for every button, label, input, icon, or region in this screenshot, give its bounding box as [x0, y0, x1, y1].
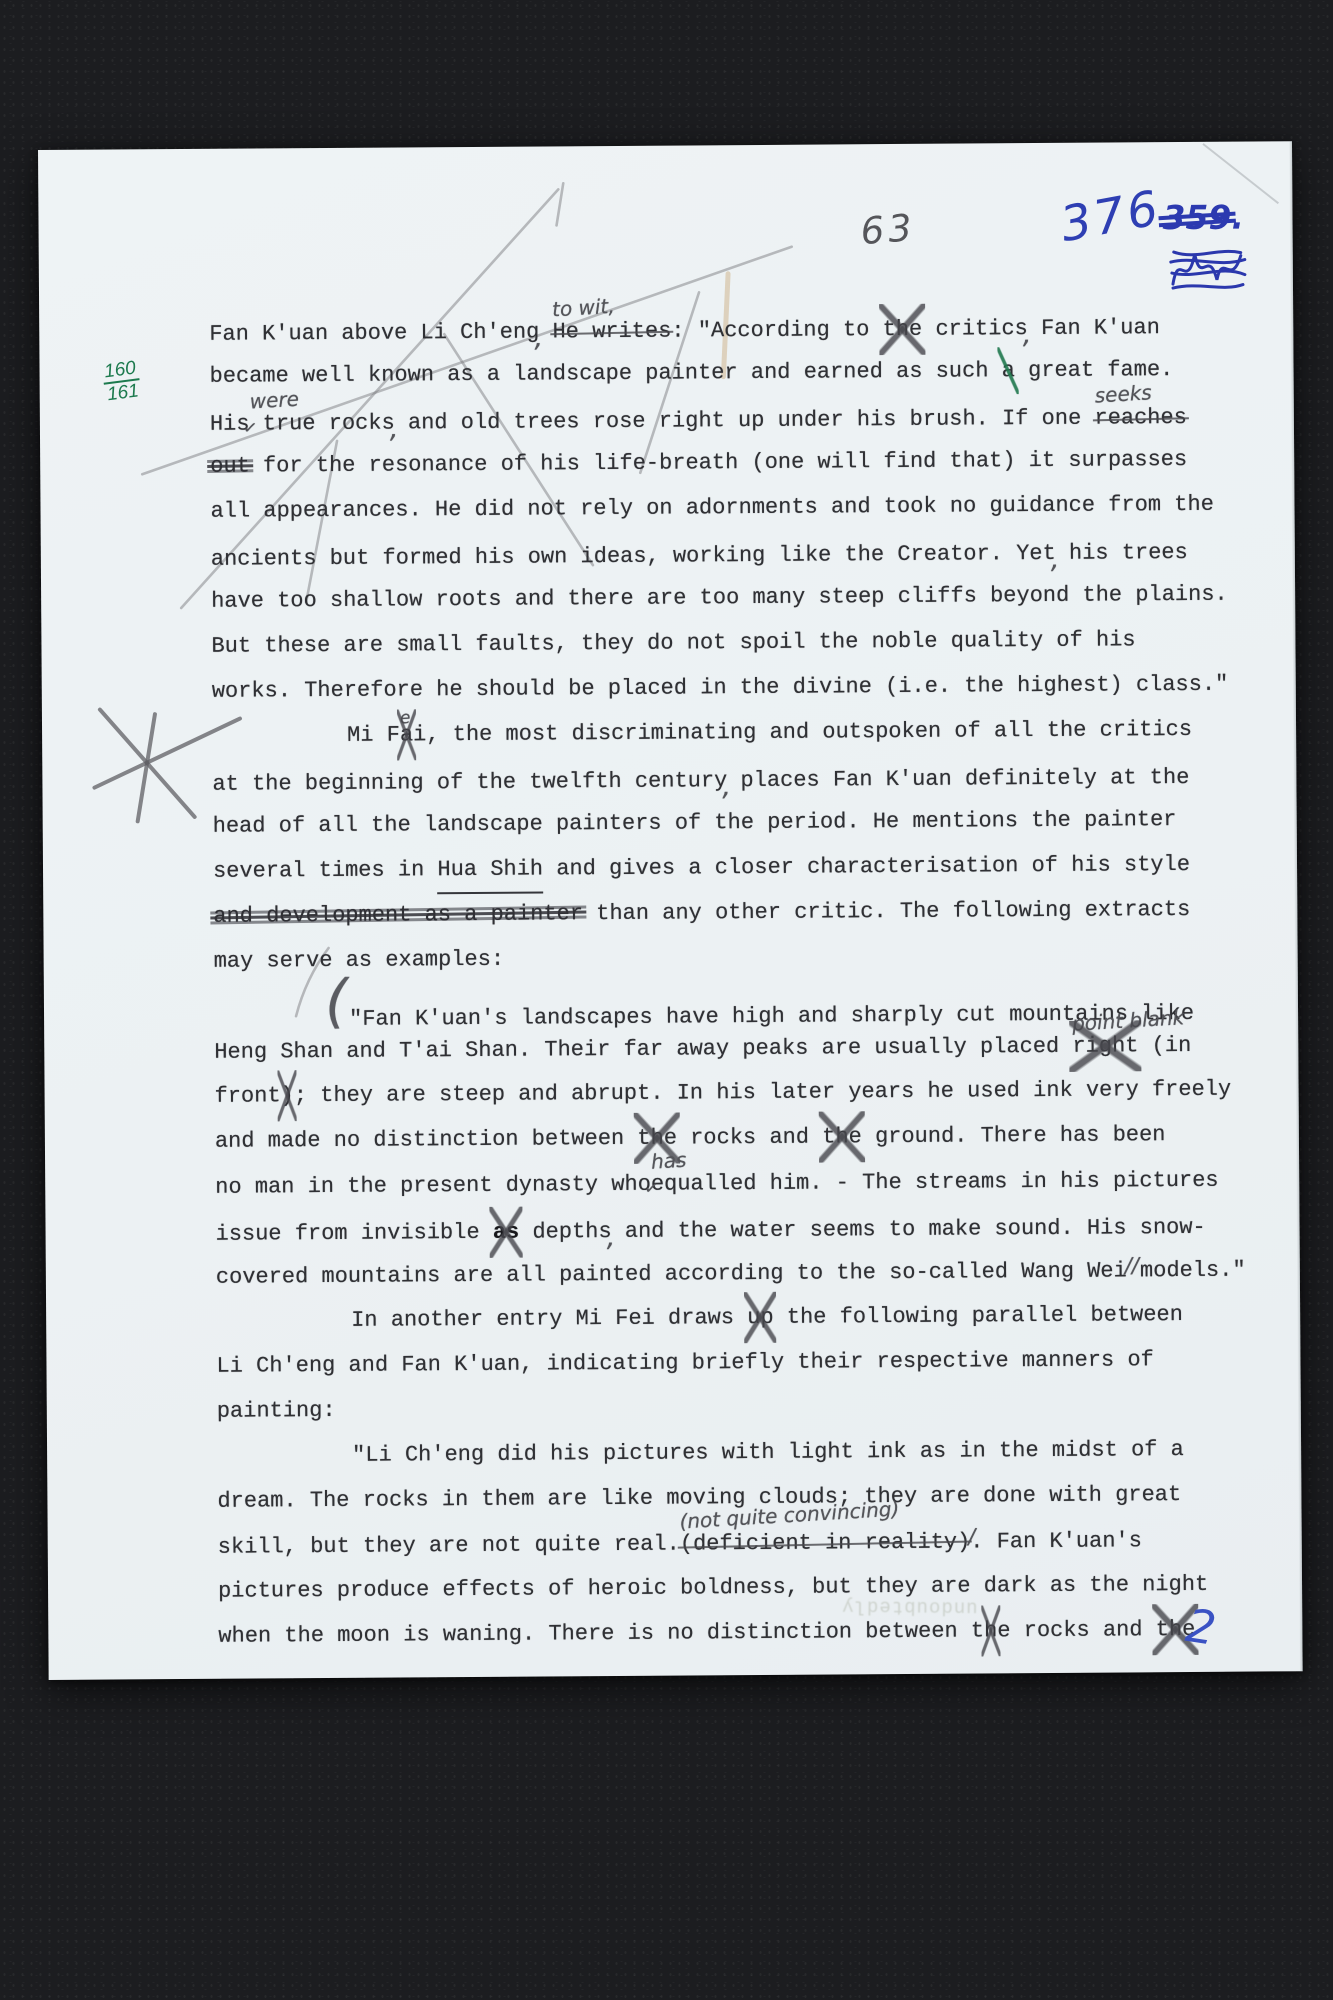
typed-line: have too shallow roots and there are too…	[211, 571, 1271, 623]
typed-line: painting:	[217, 1381, 1277, 1433]
struck-text: (deficient in reality)	[680, 1520, 971, 1567]
typed-text: may serve as examples:	[214, 947, 505, 974]
typed-text: ; they are steep and abrupt. In his late…	[294, 1077, 1232, 1109]
typed-line: In another entry Mi Fei draws up the fol…	[216, 1291, 1276, 1343]
pencil-page-number: 63	[859, 206, 917, 253]
typed-text: In another entry Mi Fei draws	[351, 1305, 747, 1333]
typed-text: issue from invisible	[215, 1220, 492, 1247]
typed-line: head of all the landscape painters of th…	[213, 796, 1273, 848]
typed-line: when the moon is waning. There is no dis…	[218, 1606, 1278, 1658]
typed-line: Li Ch'eng and Fan K'uan, indicating brie…	[216, 1336, 1276, 1388]
blue-page-number: 376	[1056, 180, 1165, 253]
typed-text: Heng Shan and T'ai Shan. Their far away …	[214, 1034, 1072, 1065]
x-struck-text: a	[400, 712, 414, 757]
typed-text: and made no distinction between	[215, 1126, 638, 1154]
manuscript-page: 63 376 359. 160 161 Fan K'uan above Li C…	[38, 141, 1303, 1680]
crossed-out-page-number: 359.	[1162, 198, 1244, 238]
typed-line: issue from invisible as depths, and the …	[215, 1201, 1275, 1253]
typed-text: (in	[1138, 1033, 1191, 1058]
typed-text: became well known as a landscape painter…	[209, 358, 1001, 389]
typed-text: painting:	[217, 1398, 336, 1424]
typed-text: But these are small faults, they do not …	[211, 627, 1135, 658]
typed-line: pictures produce effects of heroic boldn…	[218, 1561, 1278, 1613]
folio-bottom-number: 161	[106, 380, 140, 405]
typed-line: covered mountains are all painted accord…	[216, 1246, 1276, 1298]
typed-line: But these are small faults, they do not …	[211, 616, 1271, 668]
typed-text: e rocks and	[997, 1617, 1156, 1643]
typed-text: i, the most discriminating and outspoken…	[413, 717, 1192, 747]
typed-text-block: Fan K'uan above Li Ch'eng, to wit,He wri…	[209, 301, 1278, 1658]
typed-text: all appearances. He did not rely on ador…	[210, 492, 1214, 524]
typed-text: and gives a closer characterisation of h…	[543, 852, 1190, 882]
typed-text: have too shallow roots and there are too…	[211, 582, 1228, 614]
typed-text: . Fan K'uan's	[970, 1528, 1142, 1554]
typed-text: no man in the present dynasty who	[215, 1172, 651, 1200]
typed-text: works. Therefore he should be placed in …	[212, 672, 1229, 704]
typed-line: works. Therefore he should be placed in …	[212, 661, 1272, 713]
typed-line: out for the resonance of his life-breath…	[210, 436, 1270, 488]
typed-line: and made no distinction between the rock…	[215, 1111, 1275, 1163]
typed-line: "Li Ch'eng did his pictures with light i…	[217, 1426, 1277, 1478]
typed-text: ground. There has been	[862, 1122, 1166, 1149]
typed-line: no man in the present dynasty whohas✓equ…	[215, 1156, 1275, 1208]
typed-line: skill, but they are not quite real.(not …	[218, 1516, 1278, 1568]
typed-line: may serve as examples:	[214, 931, 1274, 983]
x-struck-text: h	[984, 1608, 998, 1653]
x-struck-text: the	[882, 307, 922, 352]
typed-text: covered mountains are all painted accord…	[216, 1258, 1127, 1289]
typed-line: several times in Hua Shih and gives a cl…	[213, 841, 1273, 893]
struck-text: He writes	[552, 309, 671, 355]
typed-line: Mi Feai, the most discriminating and out…	[212, 706, 1272, 758]
typed-text: true rocks	[249, 411, 394, 437]
typed-text: several times in	[213, 857, 438, 884]
heavy-struck-text: and development as a painter	[213, 891, 583, 939]
typed-text: rocks and	[677, 1125, 822, 1151]
typed-line: and development as a painter than any ot…	[213, 886, 1273, 938]
typed-text: : "According to	[671, 317, 882, 343]
typed-text: Fan K'uan above Li Ch'eng	[209, 320, 539, 347]
struck-text: reaches	[1094, 395, 1187, 441]
typed-text: places Fan K'uan definitely at the	[727, 765, 1189, 793]
typed-text: when the moon is waning. There is no dis…	[218, 1618, 984, 1648]
typed-text: "Li Ch'eng did his pictures with light i…	[352, 1437, 1184, 1468]
typed-text: Fan K'uan	[1028, 315, 1160, 341]
typed-line: all appearances. He did not rely on ador…	[210, 481, 1270, 533]
typed-text: equalled him. - The streams in his pictu…	[651, 1168, 1219, 1197]
typed-line: ancients but formed his own ideas, worki…	[211, 526, 1271, 578]
underlined-text: Hua Shih	[437, 846, 543, 894]
x-struck-text: )	[280, 1073, 294, 1118]
typed-text: ancients but formed his own ideas, worki…	[211, 541, 1056, 572]
overtyped-text: as	[493, 1210, 520, 1255]
typed-text: and the water seems to make sound. His s…	[612, 1215, 1206, 1244]
typed-text: the following parallel between	[774, 1302, 1183, 1330]
typed-text: and old trees rose right up under his br…	[395, 406, 1095, 436]
typed-line: Hiswere✓ true rocks, and old trees rose …	[210, 391, 1270, 443]
typed-line: at the beginning of the twelfth century,…	[212, 751, 1272, 803]
heavy-struck-text: out	[210, 444, 250, 489]
x-struck-text: up	[747, 1295, 774, 1340]
typed-text: models."	[1127, 1258, 1246, 1284]
typed-text: depths	[519, 1219, 612, 1245]
corner-crease	[1203, 143, 1278, 204]
typed-text: Li Ch'eng and Fan K'uan, indicating brie…	[216, 1347, 1154, 1379]
typed-text: great fame.	[1015, 357, 1174, 383]
typed-text: at the beginning of the twelfth century	[212, 768, 727, 797]
x-struck-text: right	[1072, 1023, 1138, 1068]
typed-text: skill, but they are not quite real.	[218, 1532, 680, 1560]
typed-text: front	[215, 1083, 281, 1108]
typed-line: Fan K'uan above Li Ch'eng, to wit,He wri…	[209, 301, 1269, 353]
typed-text: critics	[922, 316, 1028, 342]
typed-text: pictures produce effects of heroic boldn…	[218, 1572, 1208, 1604]
typed-line: front); they are steep and abrupt. In hi…	[214, 1066, 1274, 1118]
typed-text: for the resonance of his life-breath (on…	[250, 447, 1188, 479]
green-struck-text: a	[1002, 348, 1016, 393]
typed-text: head of all the landscape painters of th…	[213, 807, 1177, 839]
blue-scribble-mark	[1167, 240, 1251, 301]
ghost-offset-text: undoubtedly	[841, 1595, 978, 1618]
typed-text: his trees	[1056, 540, 1188, 566]
green-folio-numbers: 160 161	[101, 357, 142, 405]
typed-line: Heng Shan and T'ai Shan. Their far away …	[214, 1021, 1274, 1073]
x-struck-text: the	[822, 1114, 862, 1159]
typed-text: Mi F	[347, 722, 400, 747]
typed-text: than any other critic. The following ext…	[583, 897, 1190, 926]
